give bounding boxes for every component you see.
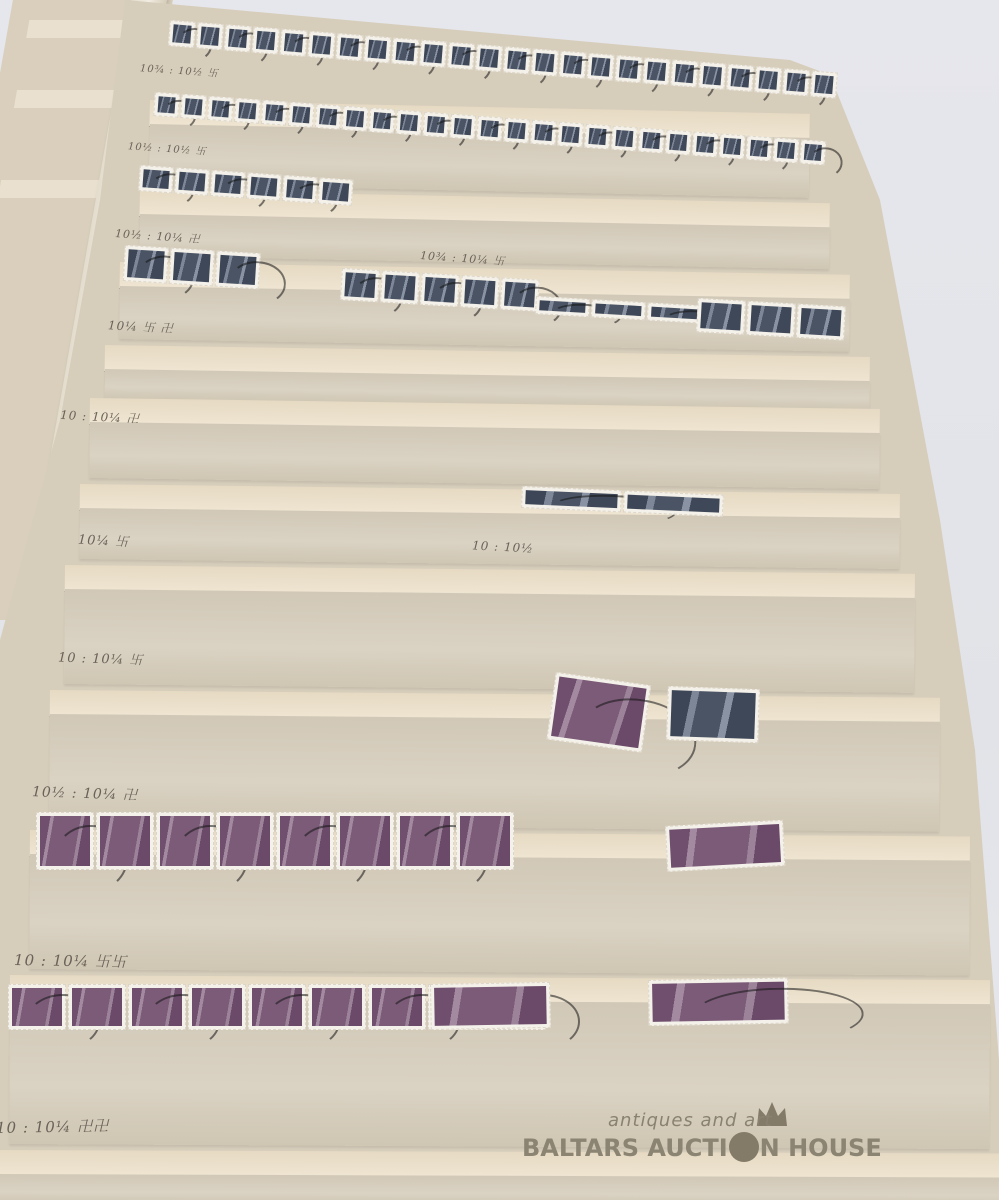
postage-stamp bbox=[252, 27, 280, 55]
stamp-design bbox=[703, 66, 722, 85]
postage-stamp bbox=[156, 812, 214, 870]
postage-stamp bbox=[396, 812, 454, 870]
postage-stamp bbox=[754, 66, 782, 94]
postage-stamp bbox=[623, 490, 724, 516]
postage-stamp bbox=[396, 110, 423, 136]
stamp-design bbox=[238, 102, 256, 119]
postage-stamp bbox=[153, 92, 180, 118]
stamp-design bbox=[460, 816, 510, 866]
postage-stamp bbox=[215, 251, 261, 290]
postage-stamp bbox=[174, 168, 210, 196]
postage-stamp bbox=[746, 301, 796, 338]
postage-stamp bbox=[224, 24, 252, 52]
postage-stamp bbox=[587, 53, 615, 81]
perforation-note: 10 : 10¼ 卐 bbox=[58, 647, 144, 669]
postage-stamp bbox=[475, 44, 503, 72]
photo-scene: 10¾ : 10½ 卐 10½ : 10½ 卐 10½ : 10¼ 卍 10¾ … bbox=[0, 0, 999, 1200]
perforation-note: 10¼ 卐 bbox=[78, 529, 130, 551]
postage-stamp bbox=[335, 33, 363, 61]
postage-stamp bbox=[68, 984, 126, 1030]
stamp-row bbox=[430, 982, 551, 1030]
perforation-note: 10¼ 卐 卍 bbox=[108, 316, 174, 336]
stamp-design bbox=[591, 57, 610, 76]
stamp-row bbox=[123, 245, 261, 289]
postage-stamp bbox=[642, 57, 670, 85]
stamp-design bbox=[669, 824, 781, 868]
stamp-design bbox=[595, 303, 641, 316]
postage-stamp bbox=[280, 29, 308, 57]
postage-stamp bbox=[36, 812, 94, 870]
postage-stamp bbox=[308, 984, 366, 1030]
postage-stamp bbox=[476, 116, 503, 142]
postage-stamp bbox=[430, 982, 551, 1030]
stamp-row bbox=[36, 812, 514, 870]
stamp-design bbox=[256, 31, 275, 50]
postage-stamp bbox=[456, 812, 514, 870]
stamp-row bbox=[666, 686, 760, 743]
stamp-design bbox=[814, 75, 833, 94]
postage-stamp bbox=[288, 102, 315, 128]
postage-stamp bbox=[584, 124, 611, 150]
postage-stamp bbox=[449, 114, 476, 140]
postage-stamp bbox=[315, 104, 342, 130]
stamp-design bbox=[200, 26, 219, 45]
stamp-design bbox=[292, 106, 310, 123]
stamp-design bbox=[479, 48, 498, 67]
perforation-note: 10 : 10¼ 卐卐 bbox=[14, 949, 127, 972]
postage-stamp bbox=[168, 20, 196, 48]
postage-stamp bbox=[128, 984, 186, 1030]
postage-stamp bbox=[773, 137, 800, 163]
postage-stamp bbox=[123, 245, 169, 284]
postage-stamp bbox=[210, 170, 246, 198]
postage-stamp bbox=[726, 64, 754, 92]
postage-stamp bbox=[503, 118, 530, 144]
postage-stamp bbox=[591, 299, 646, 320]
stamp-design bbox=[670, 690, 756, 739]
postage-stamp bbox=[96, 812, 154, 870]
perforation-note: 10½ : 10¼ 卍 bbox=[32, 781, 138, 805]
postage-stamp bbox=[261, 100, 288, 126]
stamp-row bbox=[547, 672, 652, 753]
postage-stamp bbox=[648, 978, 789, 1026]
stamp-design bbox=[723, 138, 741, 155]
postage-stamp bbox=[180, 94, 207, 120]
postage-stamp bbox=[782, 68, 810, 96]
stamp-design bbox=[423, 44, 442, 63]
stamp-design bbox=[750, 305, 791, 333]
stamp-design bbox=[647, 62, 666, 81]
postage-stamp bbox=[188, 984, 246, 1030]
postage-stamp bbox=[369, 108, 396, 134]
postage-stamp bbox=[336, 812, 394, 870]
postage-stamp bbox=[521, 486, 622, 512]
postage-stamp bbox=[248, 984, 306, 1030]
postage-stamp bbox=[503, 46, 531, 74]
postage-stamp bbox=[363, 35, 391, 63]
postage-stamp bbox=[547, 672, 652, 753]
postage-stamp bbox=[638, 128, 665, 154]
postage-stamp bbox=[810, 71, 838, 99]
postage-stamp bbox=[282, 175, 318, 203]
postage-stamp bbox=[420, 273, 460, 307]
stamp-row bbox=[665, 820, 785, 872]
stamp-design bbox=[173, 252, 211, 282]
postage-stamp bbox=[308, 31, 336, 59]
postage-stamp bbox=[692, 132, 719, 158]
postage-stamp bbox=[665, 130, 692, 156]
stamp-design bbox=[220, 816, 270, 866]
stamp-design bbox=[322, 182, 349, 202]
postage-stamp bbox=[531, 49, 559, 77]
stamp-design bbox=[384, 275, 415, 301]
stamp-design bbox=[100, 816, 150, 866]
stamp-design bbox=[758, 70, 777, 89]
stamp-design bbox=[700, 302, 741, 330]
postage-stamp bbox=[647, 302, 702, 323]
stamp-design bbox=[434, 986, 547, 1026]
stamp-design bbox=[627, 495, 720, 513]
postage-stamp bbox=[500, 277, 540, 311]
postage-stamp bbox=[234, 98, 261, 124]
perforation-note: 10 : 10¼ 卍卍 bbox=[0, 1115, 109, 1138]
stamp-design bbox=[184, 98, 202, 115]
postage-stamp bbox=[460, 275, 500, 309]
postage-stamp bbox=[535, 296, 590, 317]
glassine-pocket-strip bbox=[64, 589, 915, 693]
postage-stamp bbox=[138, 165, 174, 193]
postage-stamp bbox=[419, 40, 447, 68]
stamp-design bbox=[368, 40, 387, 59]
postage-stamp bbox=[340, 268, 380, 302]
postage-stamp bbox=[698, 62, 726, 90]
stamp-design bbox=[250, 177, 277, 197]
stamp-design bbox=[535, 53, 554, 72]
stamp-design bbox=[508, 122, 526, 139]
postage-stamp bbox=[665, 820, 785, 872]
postage-stamp bbox=[380, 270, 420, 304]
postage-stamp bbox=[276, 812, 334, 870]
glassine-pocket-strip bbox=[0, 1174, 999, 1200]
postage-stamp bbox=[557, 122, 584, 148]
postage-stamp bbox=[670, 60, 698, 88]
stamp-design bbox=[312, 988, 362, 1026]
postage-stamp bbox=[216, 812, 274, 870]
stamp-row bbox=[648, 978, 789, 1026]
stamp-design bbox=[192, 988, 242, 1026]
postage-stamp bbox=[611, 126, 638, 152]
postage-stamp bbox=[696, 298, 746, 335]
postage-stamp bbox=[423, 112, 450, 138]
stamp-design bbox=[561, 126, 579, 143]
postage-stamp bbox=[246, 173, 282, 201]
postage-stamp bbox=[719, 134, 746, 160]
stamp-design bbox=[800, 308, 841, 336]
stamp-design bbox=[464, 279, 495, 305]
glassine-pocket-strip bbox=[89, 422, 880, 489]
postage-stamp bbox=[746, 136, 773, 162]
stamp-design bbox=[312, 35, 331, 54]
postage-stamp bbox=[796, 304, 846, 341]
stamp-design bbox=[615, 130, 633, 147]
stamp-design bbox=[72, 988, 122, 1026]
stamp-design bbox=[454, 118, 472, 135]
postage-stamp bbox=[169, 248, 215, 287]
postage-stamp bbox=[318, 178, 354, 206]
postage-stamp bbox=[615, 55, 643, 83]
postage-stamp bbox=[666, 686, 760, 743]
glassine-pocket-strip bbox=[29, 854, 970, 976]
postage-stamp bbox=[207, 96, 234, 122]
stamp-design bbox=[178, 172, 205, 192]
postage-stamp bbox=[559, 51, 587, 79]
stamp-design bbox=[400, 114, 418, 131]
postage-stamp bbox=[447, 42, 475, 70]
postage-stamp bbox=[196, 22, 224, 50]
postage-stamp bbox=[368, 984, 426, 1030]
stamp-design bbox=[669, 134, 687, 151]
postage-stamp bbox=[342, 106, 369, 132]
postage-stamp bbox=[530, 120, 557, 146]
postage-stamp bbox=[391, 38, 419, 66]
stamp-design bbox=[340, 816, 390, 866]
postage-stamp bbox=[8, 984, 66, 1030]
stamp-design bbox=[777, 142, 795, 159]
postage-stamp bbox=[800, 139, 827, 165]
stamp-design bbox=[346, 110, 364, 127]
